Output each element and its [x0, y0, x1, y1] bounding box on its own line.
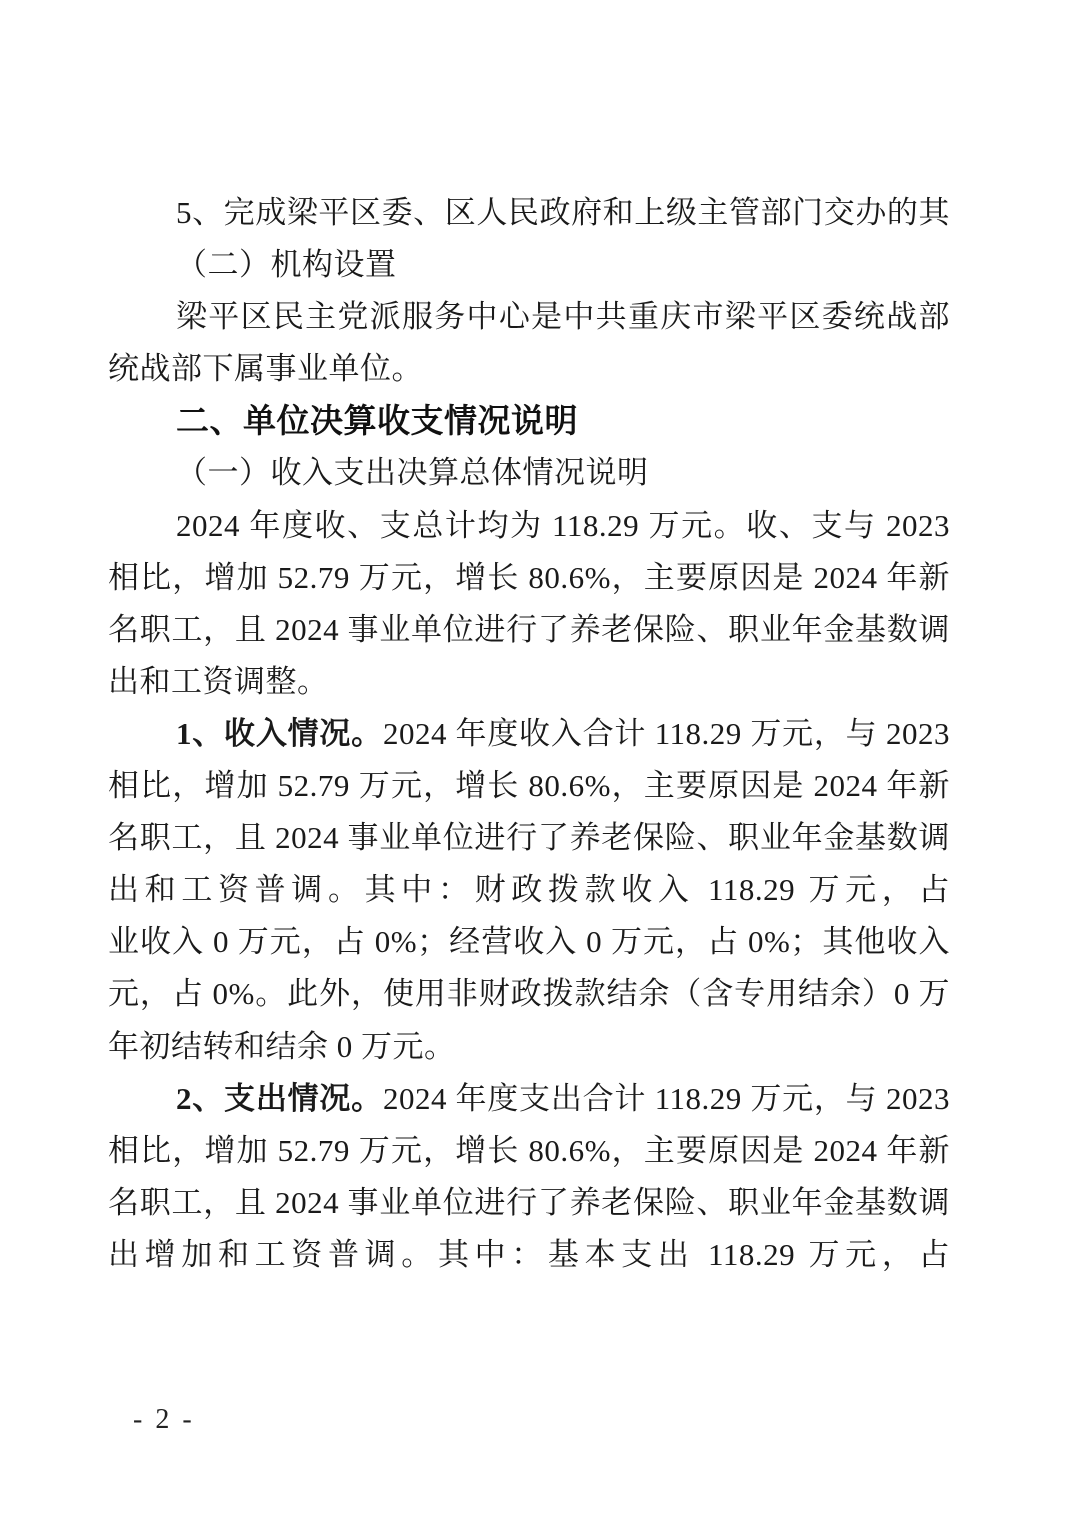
para-income-line-6: 元，占 0%。此外，使用非财政拨款结余（含专用结余）0 万元，: [108, 968, 950, 1020]
line-text: 梁平区民主党派服务中心是中共重庆市梁平区委统战部区委: [108, 299, 950, 343]
heading-overview-line-1: （一）收入支出决算总体情况说明: [108, 447, 950, 499]
para-org-desc-line-2: 统战部下属事业单位。: [108, 343, 950, 395]
bold-lead-text: 1、收入情况。: [176, 716, 383, 751]
para-income-line-2: 相比，增加 52.79 万元，增长 80.6%，主要原因是 2024 年新进 1: [108, 760, 950, 812]
line-text: 2024 年度收、支总计均为 118.29 万元。收、支与 2023 年度: [108, 508, 950, 552]
para-overview-line-3: 名职工，且 2024 事业单位进行了养老保险、职业年金基数调整支: [108, 604, 950, 656]
line-text: 名职工，且 2024 事业单位进行了养老保险、职业年金基数调整支: [108, 1185, 950, 1229]
line-text: 出和工资普调。其中：财政拨款收入 118.29 万元，占 100%；事: [108, 872, 950, 916]
para-expenditure-line-4: 出增加和工资普调。其中：基本支出 118.29 万元，占 100%；项: [108, 1229, 950, 1281]
line-text: 名职工，且 2024 事业单位进行了养老保险、职业年金基数调整支: [108, 612, 950, 656]
line-text: 相比，增加 52.79 万元，增长 80.6%，主要原因是 2024 年新进 1: [108, 1133, 950, 1177]
para-overview-line-1: 2024 年度收、支总计均为 118.29 万元。收、支与 2023 年度: [108, 500, 950, 552]
line-text: 二、单位决算收支情况说明: [176, 402, 578, 439]
line-text: 年初结转和结余 0 万元。: [108, 1029, 456, 1064]
para-expenditure-line-1: 2、支出情况。2024 年度支出合计 118.29 万元，与 2023 年度: [108, 1073, 950, 1125]
para-income-line-3: 名职工，且 2024 事业单位进行了养老保险、职业年金基数调整支: [108, 812, 950, 864]
para-overview-line-4: 出和工资调整。: [108, 656, 950, 708]
heading-org-setup-line-1: （二）机构设置: [108, 239, 950, 291]
para-overview-line-2: 相比，增加 52.79 万元，增长 80.6%，主要原因是 2024 年新进 1: [108, 552, 950, 604]
para-expenditure-line-3: 名职工，且 2024 事业单位进行了养老保险、职业年金基数调整支: [108, 1177, 950, 1229]
line-text: 相比，增加 52.79 万元，增长 80.6%，主要原因是 2024 年新进 1: [108, 768, 950, 812]
para-income-line-1: 1、收入情况。2024 年度收入合计 118.29 万元，与 2023 年度: [108, 708, 950, 760]
line-text: （一）收入支出决算总体情况说明: [176, 455, 649, 490]
para-other-tasks-line-1: 5、完成梁平区委、区人民政府和上级主管部门交办的其他任务。: [108, 187, 950, 239]
para-income-line-7: 年初结转和结余 0 万元。: [108, 1021, 950, 1073]
line-text: 相比，增加 52.79 万元，增长 80.6%，主要原因是 2024 年新进 1: [108, 560, 950, 604]
para-income-line-5: 业收入 0 万元，占 0%；经营收入 0 万元，占 0%；其他收入 0 万: [108, 916, 950, 968]
document-page: 5、完成梁平区委、区人民政府和上级主管部门交办的其他任务。（二）机构设置梁平区民…: [0, 0, 1075, 1520]
line-text: （二）机构设置: [176, 247, 397, 282]
line-text: 统战部下属事业单位。: [108, 351, 423, 386]
line-text: 名职工，且 2024 事业单位进行了养老保险、职业年金基数调整支: [108, 820, 950, 864]
line-text: 出增加和工资普调。其中：基本支出 118.29 万元，占 100%；项: [108, 1237, 950, 1281]
bold-lead-text: 2、支出情况。: [176, 1081, 383, 1116]
line-text: 元，占 0%。此外，使用非财政拨款结余（含专用结余）0 万元，: [108, 976, 950, 1020]
heading-section-two-line-1: 二、单位决算收支情况说明: [108, 395, 950, 447]
para-expenditure-line-2: 相比，增加 52.79 万元，增长 80.6%，主要原因是 2024 年新进 1: [108, 1125, 950, 1177]
document-body: 5、完成梁平区委、区人民政府和上级主管部门交办的其他任务。（二）机构设置梁平区民…: [108, 187, 950, 1281]
page-number: - 2 -: [133, 1404, 195, 1436]
para-org-desc-line-1: 梁平区民主党派服务中心是中共重庆市梁平区委统战部区委: [108, 291, 950, 343]
para-income-line-4: 出和工资普调。其中：财政拨款收入 118.29 万元，占 100%；事: [108, 864, 950, 916]
line-text: 5、完成梁平区委、区人民政府和上级主管部门交办的其他任务。: [108, 195, 950, 239]
line-text: 业收入 0 万元，占 0%；经营收入 0 万元，占 0%；其他收入 0 万: [108, 924, 950, 968]
line-text: 出和工资调整。: [108, 664, 329, 699]
